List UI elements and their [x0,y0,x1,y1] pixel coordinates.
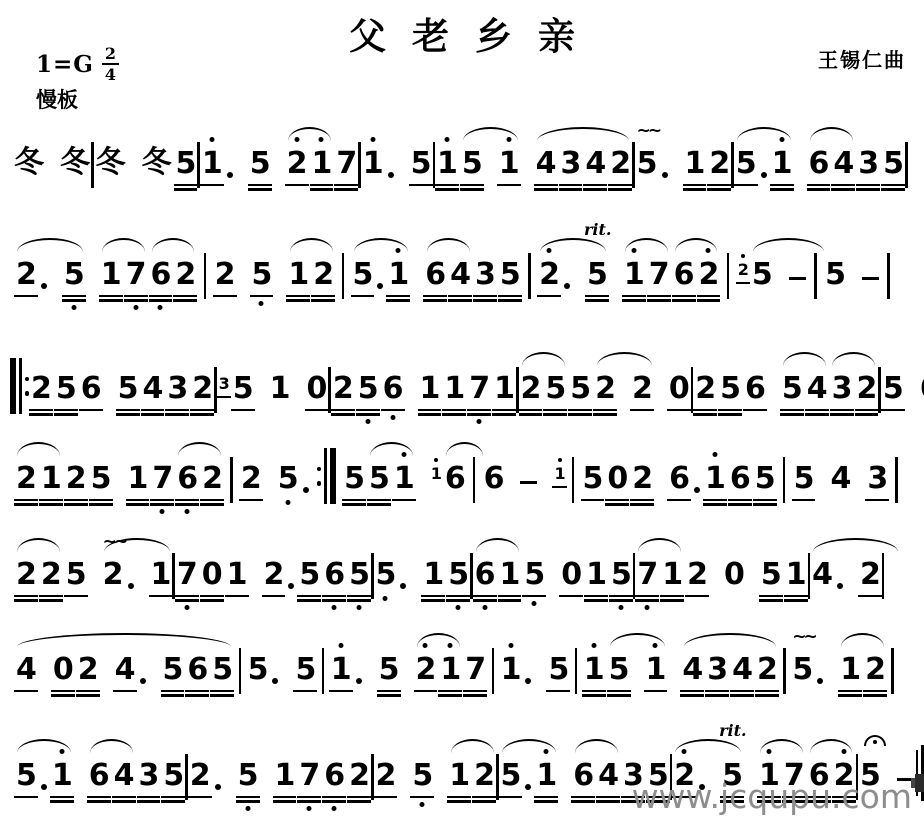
beam-underline [472,796,496,799]
note: 1 [646,652,666,687]
octave-dot-low [71,305,76,310]
beam-underline [881,409,905,412]
note-glyph: 1 [586,557,606,592]
beam-underline [175,599,199,602]
note-glyph: 冬 [14,137,43,181]
beam-underline [605,499,629,502]
beam-underline [273,796,297,799]
repeat-dot [25,391,30,396]
note-glyph [862,277,879,281]
slur-arc [370,442,413,456]
note-glyph: 2 [41,557,61,592]
rest-note: 0 [561,557,581,592]
note: 1 [500,557,520,592]
note: 1 [363,146,394,181]
note-glyph: 5 [118,371,138,406]
note-glyph: 0 [202,557,222,592]
note-glyph: 0 [53,652,73,687]
beam-underline [14,499,38,502]
measure: 560 [883,371,924,406]
note-glyph: 1 [388,257,408,292]
note: 6 [324,557,344,592]
beam-underline [855,409,879,412]
note-glyph: 5 [66,557,86,592]
beam-underline [728,499,752,502]
measure: 1514342 [437,146,630,181]
augmentation-dot [662,172,668,178]
slur-arc [17,442,60,456]
beam-underline [137,800,161,803]
octave-dot-high [338,643,343,648]
note: 5 [233,371,253,406]
note: 4 [115,652,146,687]
barline [322,648,325,694]
note: 7 [299,758,319,793]
barline [887,253,890,299]
measure: rit.251762 [539,257,718,292]
note-glyph: 5 [794,461,814,496]
augmentation-dot [215,784,221,790]
note-glyph: 5 [462,146,482,181]
slur-arc [502,739,556,753]
slur-arc [684,633,776,647]
note-glyph: 2 [78,652,98,687]
beam-underline [697,295,721,298]
note: 2 [241,461,261,496]
note-glyph: 5 [412,758,432,793]
barline [358,142,361,188]
note: 5~~ [792,652,823,687]
note-glyph: 4 [143,371,163,406]
note-glyph: 5 [792,652,812,687]
barline [239,648,242,694]
note: 5 [212,652,232,687]
note: 3 [561,146,581,181]
octave-dot-low [133,305,138,310]
beam-underline [161,694,185,697]
measure: 2512 [376,758,495,793]
beam-underline [784,595,808,598]
beam-underline [759,595,783,598]
beam-underline [442,413,466,416]
note-glyph: 1 [431,464,441,483]
beam-underline [581,499,605,502]
note: 2 [860,557,880,592]
beam-underline [865,499,889,502]
octave-dot-high [209,137,214,142]
note-glyph: 6 [425,257,445,292]
note-glyph: 2 [610,146,630,181]
beam-underline [200,599,224,602]
beam-underline [331,409,355,412]
note: 6 [89,758,109,793]
beam-underline [161,690,185,693]
note-glyph: 4 [833,146,853,181]
beam-underline [239,499,263,502]
note: 5 [411,146,431,181]
note-glyph: 5 [501,758,521,793]
beam-underline [231,409,255,412]
note-glyph: 1 [52,758,72,793]
note-glyph: 2 [376,758,396,793]
beam-underline [830,413,854,416]
note: 1 [685,146,705,181]
beam-underline [185,694,209,697]
measure: 543 [794,461,888,496]
augmentation-dot [227,172,233,178]
beam-underline [667,499,691,502]
note: 1 [786,557,806,592]
beam-underline [14,690,38,693]
beam-underline [856,188,880,191]
slur-arc [522,352,565,366]
beam-underline [635,595,659,598]
beam-underline [392,499,416,502]
octave-dot-low [259,301,264,306]
beam-underline [200,595,224,598]
beam-underline [583,188,607,191]
beam-underline [534,188,558,191]
note-glyph: 3 [561,146,581,181]
note-glyph: 2 [595,371,615,406]
beam-underline [805,409,829,412]
beam-underline [630,409,654,412]
note: 5 [761,557,781,592]
beam-underline [831,188,855,191]
beam-underline [685,595,709,598]
note-glyph: 1 [444,371,464,406]
note-glyph: 2 [687,557,707,592]
beam-underline [492,413,516,416]
beam-underline [683,184,707,187]
beam-underline [630,499,654,502]
measure: 251762 [190,758,369,793]
barline [572,457,575,503]
beam-underline [467,413,491,416]
note: 5 [883,371,903,406]
note-glyph: 1 [554,464,564,483]
beam-underline [137,796,161,799]
beam-underline [605,503,629,506]
mordent-icon: ~~ [792,629,815,646]
note: 2 [175,257,195,292]
dash-extension [520,481,537,497]
score-line: 2252~~1701256551561501571205142 [14,553,844,592]
note: 2 [264,557,295,592]
note-glyph: 5 [353,257,373,292]
note: 5 [883,146,903,181]
octave-dot-low [160,509,165,514]
note: 5 [56,371,76,406]
note: 5 [587,257,607,292]
beam-underline [322,796,346,799]
note-glyph: 4 [114,758,134,793]
beam-underline [770,188,794,191]
beam-underline [112,796,136,799]
measure: 25 [738,257,806,292]
note-glyph: 3 [858,146,878,181]
note: 7 [152,461,172,496]
note-glyph: 1 [646,652,666,687]
beam-underline [356,409,380,412]
note: 2 [376,758,396,793]
beam-underline [446,595,470,598]
beam-underline [210,694,234,697]
measure: 5~~12 [637,146,730,181]
measure: 42 [812,557,880,592]
note-glyph: 6 [745,371,765,406]
note-glyph: 7 [336,146,356,181]
measure: 2565432 [31,371,212,406]
note: 1 [388,257,408,292]
beam-underline [217,396,231,398]
barline [878,367,881,413]
beam-underline [460,184,484,187]
slur-arc [427,238,470,252]
beam-underline [188,796,212,799]
beam-underline [473,599,497,602]
slur-arc [625,238,668,252]
barline [185,754,188,800]
octave-dot-low [532,601,537,606]
note: 1 [423,557,443,592]
note-glyph: 1 [705,461,725,496]
note: 1 [624,257,644,292]
slur-arc [17,739,71,753]
note-glyph: 6 [151,257,171,292]
note-glyph: 1 [275,758,295,793]
beam-underline [99,299,123,302]
barline [891,648,894,694]
note: 2 [632,371,652,406]
note-glyph: 5 [448,557,468,592]
repeat-dot [25,377,30,382]
note-glyph: 5 [252,257,272,292]
note: 5 [611,557,631,592]
beam-underline [213,295,237,298]
note-glyph [789,277,806,281]
beam-underline [435,188,459,191]
slur-arc [451,739,494,753]
beam-underline [447,800,471,803]
barline [328,367,331,413]
beam-underline [347,595,371,598]
note: 1 [584,652,604,687]
note: 2~~ [103,557,134,592]
beam-underline [236,796,260,799]
augmentation-dot [128,583,134,589]
note-glyph: 0 [307,371,327,406]
beam-underline [262,595,286,598]
note-glyph: 5 [248,652,268,687]
measure: 3510 [219,371,327,406]
note-glyph: 0 [607,461,627,496]
slur-arc [152,238,194,252]
note: 2 [349,758,369,793]
beam-underline [126,503,150,506]
note-glyph: 4 [732,652,752,687]
beam-underline [442,409,466,412]
augmentation-dot [272,678,278,684]
repeat-dot [317,467,322,472]
beam-underline [519,413,543,416]
beam-underline [173,295,197,298]
beam-underline [730,694,754,697]
note-glyph: 1 [202,146,222,181]
slur-arc [417,633,460,647]
beam-underline [707,188,731,191]
note: 5 [64,257,84,292]
note-glyph: 1 [840,652,860,687]
beam-underline [150,499,174,502]
note: 5 [720,371,740,406]
beam-underline [322,595,346,598]
meter-denominator: 4 [102,65,119,84]
beam-underline [64,595,88,598]
repeat-begin-barline [10,358,29,414]
note-glyph: 5 [295,652,315,687]
note-glyph: 2 [16,557,36,592]
beam-underline [386,299,410,302]
note: 5 [794,461,814,496]
beam-underline [693,413,717,416]
slur-arc [17,238,83,252]
note: 7 [126,257,146,292]
beam-underline [51,694,75,697]
note: 6 [674,257,694,292]
measure: 1514342 [584,652,777,687]
measure: 15 [363,146,431,181]
note-glyph: 5 [176,146,196,181]
note-glyph: 冬 [96,137,125,181]
beam-underline [568,409,592,412]
beam-underline [62,299,86,302]
note: 5 [163,652,183,687]
note: 5 [825,257,845,292]
beam-underline [381,409,405,412]
beam-underline [386,295,410,298]
note: 5 [238,758,258,793]
beam-underline [297,599,321,602]
beam-underline [342,499,366,502]
beam-underline [250,295,274,298]
note: 2 [16,257,47,292]
note: 5 [358,371,378,406]
barline [433,142,436,188]
note: 1 [312,146,332,181]
beam-underline [141,413,165,416]
slur-arc [737,127,791,141]
barline [905,142,908,188]
beam-underline [559,595,583,598]
octave-dot-high [591,643,596,648]
note: 6 [745,371,765,406]
tempo-marking: 慢板 [36,84,78,114]
note: 1 [41,461,61,496]
note-glyph [520,481,537,485]
note-glyph: 6 [177,461,197,496]
note: 2 [287,146,307,181]
octave-dot-high [712,452,717,457]
note: 1 [288,257,308,292]
rest-note: 0 [669,371,689,406]
octave-dot-high [741,254,745,258]
beam-underline [697,299,721,302]
augmentation-dot [694,487,700,493]
note-glyph: 5 [64,257,84,292]
slur-arc [813,538,898,552]
note-glyph: 2 [192,371,212,406]
note: 3 [832,371,852,406]
beam-underline [305,409,329,412]
beam-underline [593,413,617,416]
beam-underline [374,796,398,799]
note-glyph: 1 [288,257,308,292]
beam-underline [14,295,38,298]
beam-underline [367,499,391,502]
beam-underline [39,595,63,598]
slur-arc [810,127,853,141]
note: 7 [336,146,356,181]
note-glyph: 6 [730,461,750,496]
note-glyph: 2 [16,461,36,496]
beam-underline [534,184,558,187]
note-glyph: 1 [449,758,469,793]
beam-underline [161,796,185,799]
octave-dot-low [245,806,250,811]
beam-underline [200,184,224,187]
note-glyph: 2 [66,461,86,496]
note: 4 [143,371,163,406]
rest-note: 0 [607,461,627,496]
beam-underline [770,184,794,187]
note: 2 [699,257,719,292]
beam-underline [498,295,522,298]
note-glyph: 冬 [60,137,89,181]
note: 4 [682,652,702,687]
note: 6 [920,371,924,406]
note: 4 [807,371,827,406]
beam-underline [89,503,113,506]
note: 1 [52,758,72,793]
beam-underline [310,184,334,187]
beam-underline [225,595,249,598]
beam-underline [334,188,358,191]
rest-note: 0 [307,371,327,406]
octave-dot-low [420,802,425,807]
note-glyph: 5 [56,371,76,406]
measure: 21251762 [16,461,222,496]
note-glyph: 4 [812,557,832,592]
note: 1 [394,461,414,496]
octave-dot-low [357,605,362,610]
slur-arc [638,538,681,552]
beam-underline [583,184,607,187]
note-glyph: 5 [349,557,369,592]
beam-underline [831,184,855,187]
note: 5 [501,758,532,793]
slur-arc [178,442,221,456]
barline [727,253,730,299]
note: 5 [248,652,279,687]
beam-underline [609,595,633,598]
note-glyph: 1 [786,557,806,592]
note: 1 [501,652,532,687]
beam-underline [29,409,53,412]
beam-underline [149,299,173,302]
beam-underline [467,409,491,412]
beam-underline [297,796,321,799]
